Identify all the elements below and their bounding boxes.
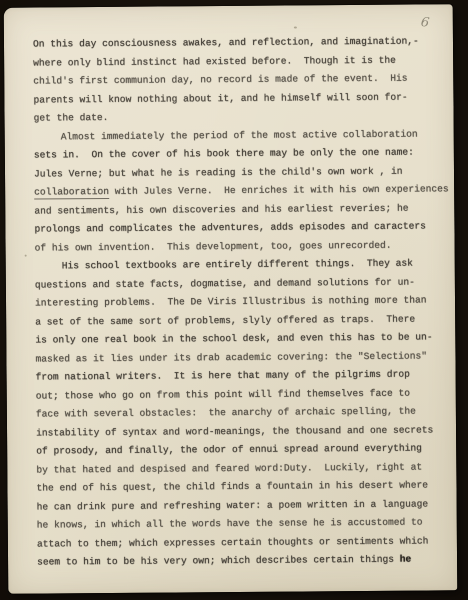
manuscript-page: 6 On this day consciousness awakes, and … <box>4 4 458 594</box>
text-segment: parents will know nothing about it, and … <box>33 91 407 105</box>
text-segment: he knows, in which all the words have th… <box>37 516 423 530</box>
text-line: instability of syntax and word-meanings,… <box>36 421 450 443</box>
text-segment: get the date. <box>34 112 109 124</box>
text-segment: questions and state facts, dogmatise, an… <box>35 276 415 290</box>
text-segment: interesting problems. The De Viris Illus… <box>35 294 427 308</box>
text-segment: a set of the same sort of problems, slyl… <box>35 313 415 327</box>
text-segment: His school textbooks are entirely differ… <box>62 258 413 272</box>
text-line: and sentiments, his own discoveries and … <box>34 199 448 221</box>
text-segment: he can drink pure and refreshing water: … <box>37 498 429 512</box>
text-segment: Almost immediately the period of the mos… <box>61 128 418 142</box>
text-line: seem to him to be his very own; which de… <box>37 550 451 572</box>
text-segment: Jules Verne; but what he is reading is t… <box>34 165 403 179</box>
text-segment: of his own invention. This development, … <box>35 239 392 253</box>
text-segment: and sentiments, his own discoveries and … <box>34 202 408 216</box>
text-segment: face with several obstacles: the anarchy… <box>36 406 416 420</box>
text-segment: out; those who go on from this point wil… <box>36 387 410 401</box>
text-segment: sets in. On the cover of his book there … <box>34 147 414 161</box>
text-line: a set of the same sort of problems, slyl… <box>35 310 449 332</box>
text-segment: of prosody, and finally, the odor of enn… <box>36 443 422 457</box>
bold-word: he <box>400 554 412 565</box>
page-number: 6 <box>419 15 429 31</box>
text-segment: where only blind instinct had existed be… <box>33 54 396 68</box>
text-line: attach to them; which expresses certain … <box>37 532 451 554</box>
text-segment: On this day consciousness awakes, and re… <box>33 36 419 50</box>
paper-speck <box>294 26 297 28</box>
text-segment: is only one real book in the school desk… <box>35 331 432 345</box>
text-segment: the end of his quest, the child finds a … <box>36 479 428 493</box>
paper-speck <box>25 255 27 257</box>
text-segment: seem to him to be his very own; which de… <box>37 554 400 568</box>
text-segment: instability of syntax and word-meanings,… <box>36 424 433 438</box>
text-segment: attach to them; which expresses certain … <box>37 535 429 549</box>
text-segment: from national writers. It is here that m… <box>36 369 410 383</box>
text-segment: masked as it lies under its drab academi… <box>35 350 427 364</box>
photo-backdrop: 6 On this day consciousness awakes, and … <box>0 0 468 600</box>
text-line: of his own invention. This development, … <box>35 236 449 258</box>
text-segment: child's first communion day, no record i… <box>33 73 407 87</box>
text-segment: prolongs and complicates the adventures,… <box>34 220 426 234</box>
text-line: masked as it lies under its drab academi… <box>35 347 449 369</box>
text-segment: by that hated and despised and feared wo… <box>36 461 422 475</box>
underlined-word: collaboration <box>34 186 109 200</box>
typewritten-text: On this day consciousness awakes, and re… <box>33 32 451 572</box>
text-line: Almost immediately the period of the mos… <box>34 125 448 147</box>
text-segment: with Jules Verne. He enriches it with hi… <box>109 183 449 197</box>
